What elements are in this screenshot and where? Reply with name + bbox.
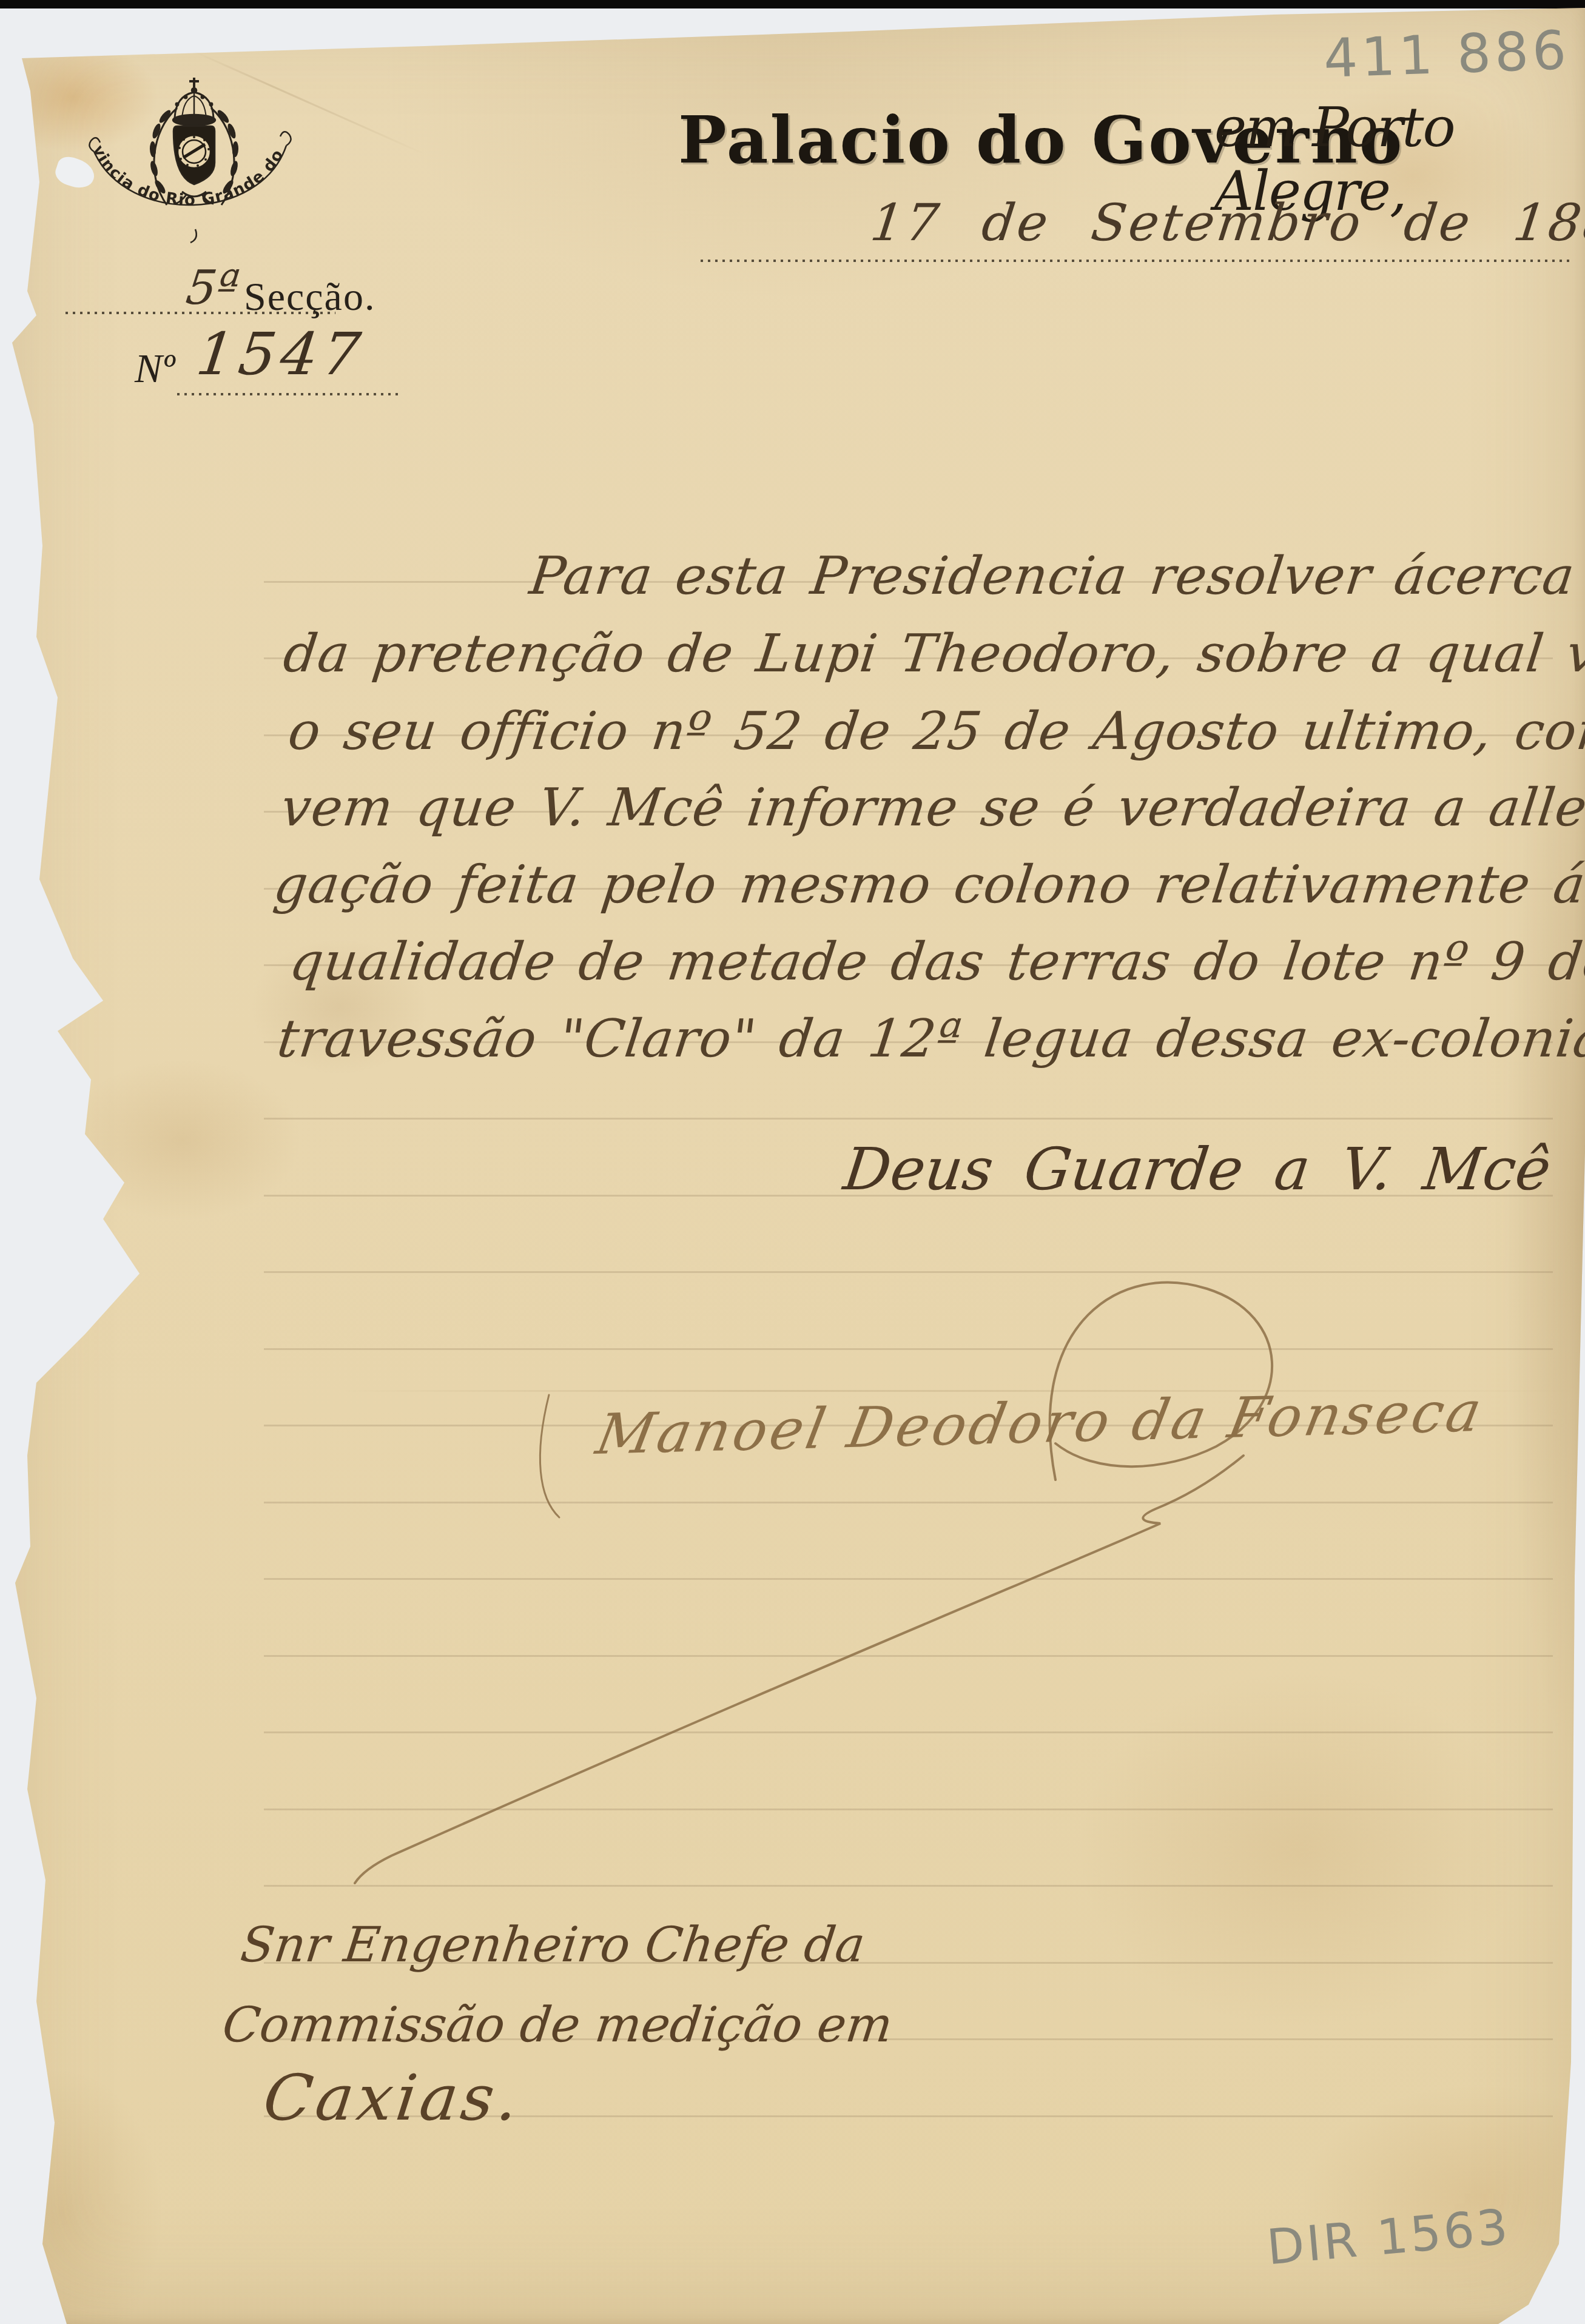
- section-value: 5ª: [183, 261, 243, 315]
- date-handwritten: 17 de Setembro de 1886: [867, 193, 1585, 252]
- body-line: travessão "Claro" da 12ª legua dessa ex-…: [274, 1009, 1585, 1069]
- body-line: qualidade de metade das terras do lote n…: [286, 932, 1585, 992]
- number-value: 1547: [193, 320, 369, 388]
- signature-flourish: [334, 1243, 1585, 1910]
- valediction: Deus Guarde a V. Mcê: [840, 1135, 1555, 1203]
- provincial-crest: Provincia do Rio Grande do Sul.: [85, 73, 315, 255]
- number-label: Nº: [135, 344, 175, 392]
- body-line: Para esta Presidencia resolver ácerca: [527, 546, 1578, 606]
- number-dotted-line: [177, 393, 402, 395]
- scanned-letter-page: Provincia do Rio Grande do Sul. Palacio …: [0, 0, 1585, 2324]
- addressee-line: Snr Engenheiro Chefe da: [238, 1916, 868, 1973]
- body-line: da pretenção de Lupi Theodoro, sobre a q…: [280, 623, 1585, 684]
- section-dotted-line: [66, 312, 335, 314]
- addressee-line: Commissão de medição em: [220, 1997, 896, 2053]
- archival-mark-top: 411 886: [1322, 19, 1570, 90]
- scanner-edge-strip: [0, 0, 1585, 8]
- body-line: o seu officio nº 52 de 25 de Agosto ulti…: [285, 701, 1585, 762]
- body-line: gação feita pelo mesmo colono relativame…: [271, 855, 1585, 915]
- date-dotted-line: [701, 260, 1574, 262]
- addressee-line: Caxias.: [260, 2061, 526, 2135]
- body-line: vem que V. Mcê informe se é verdadeira a…: [278, 777, 1585, 838]
